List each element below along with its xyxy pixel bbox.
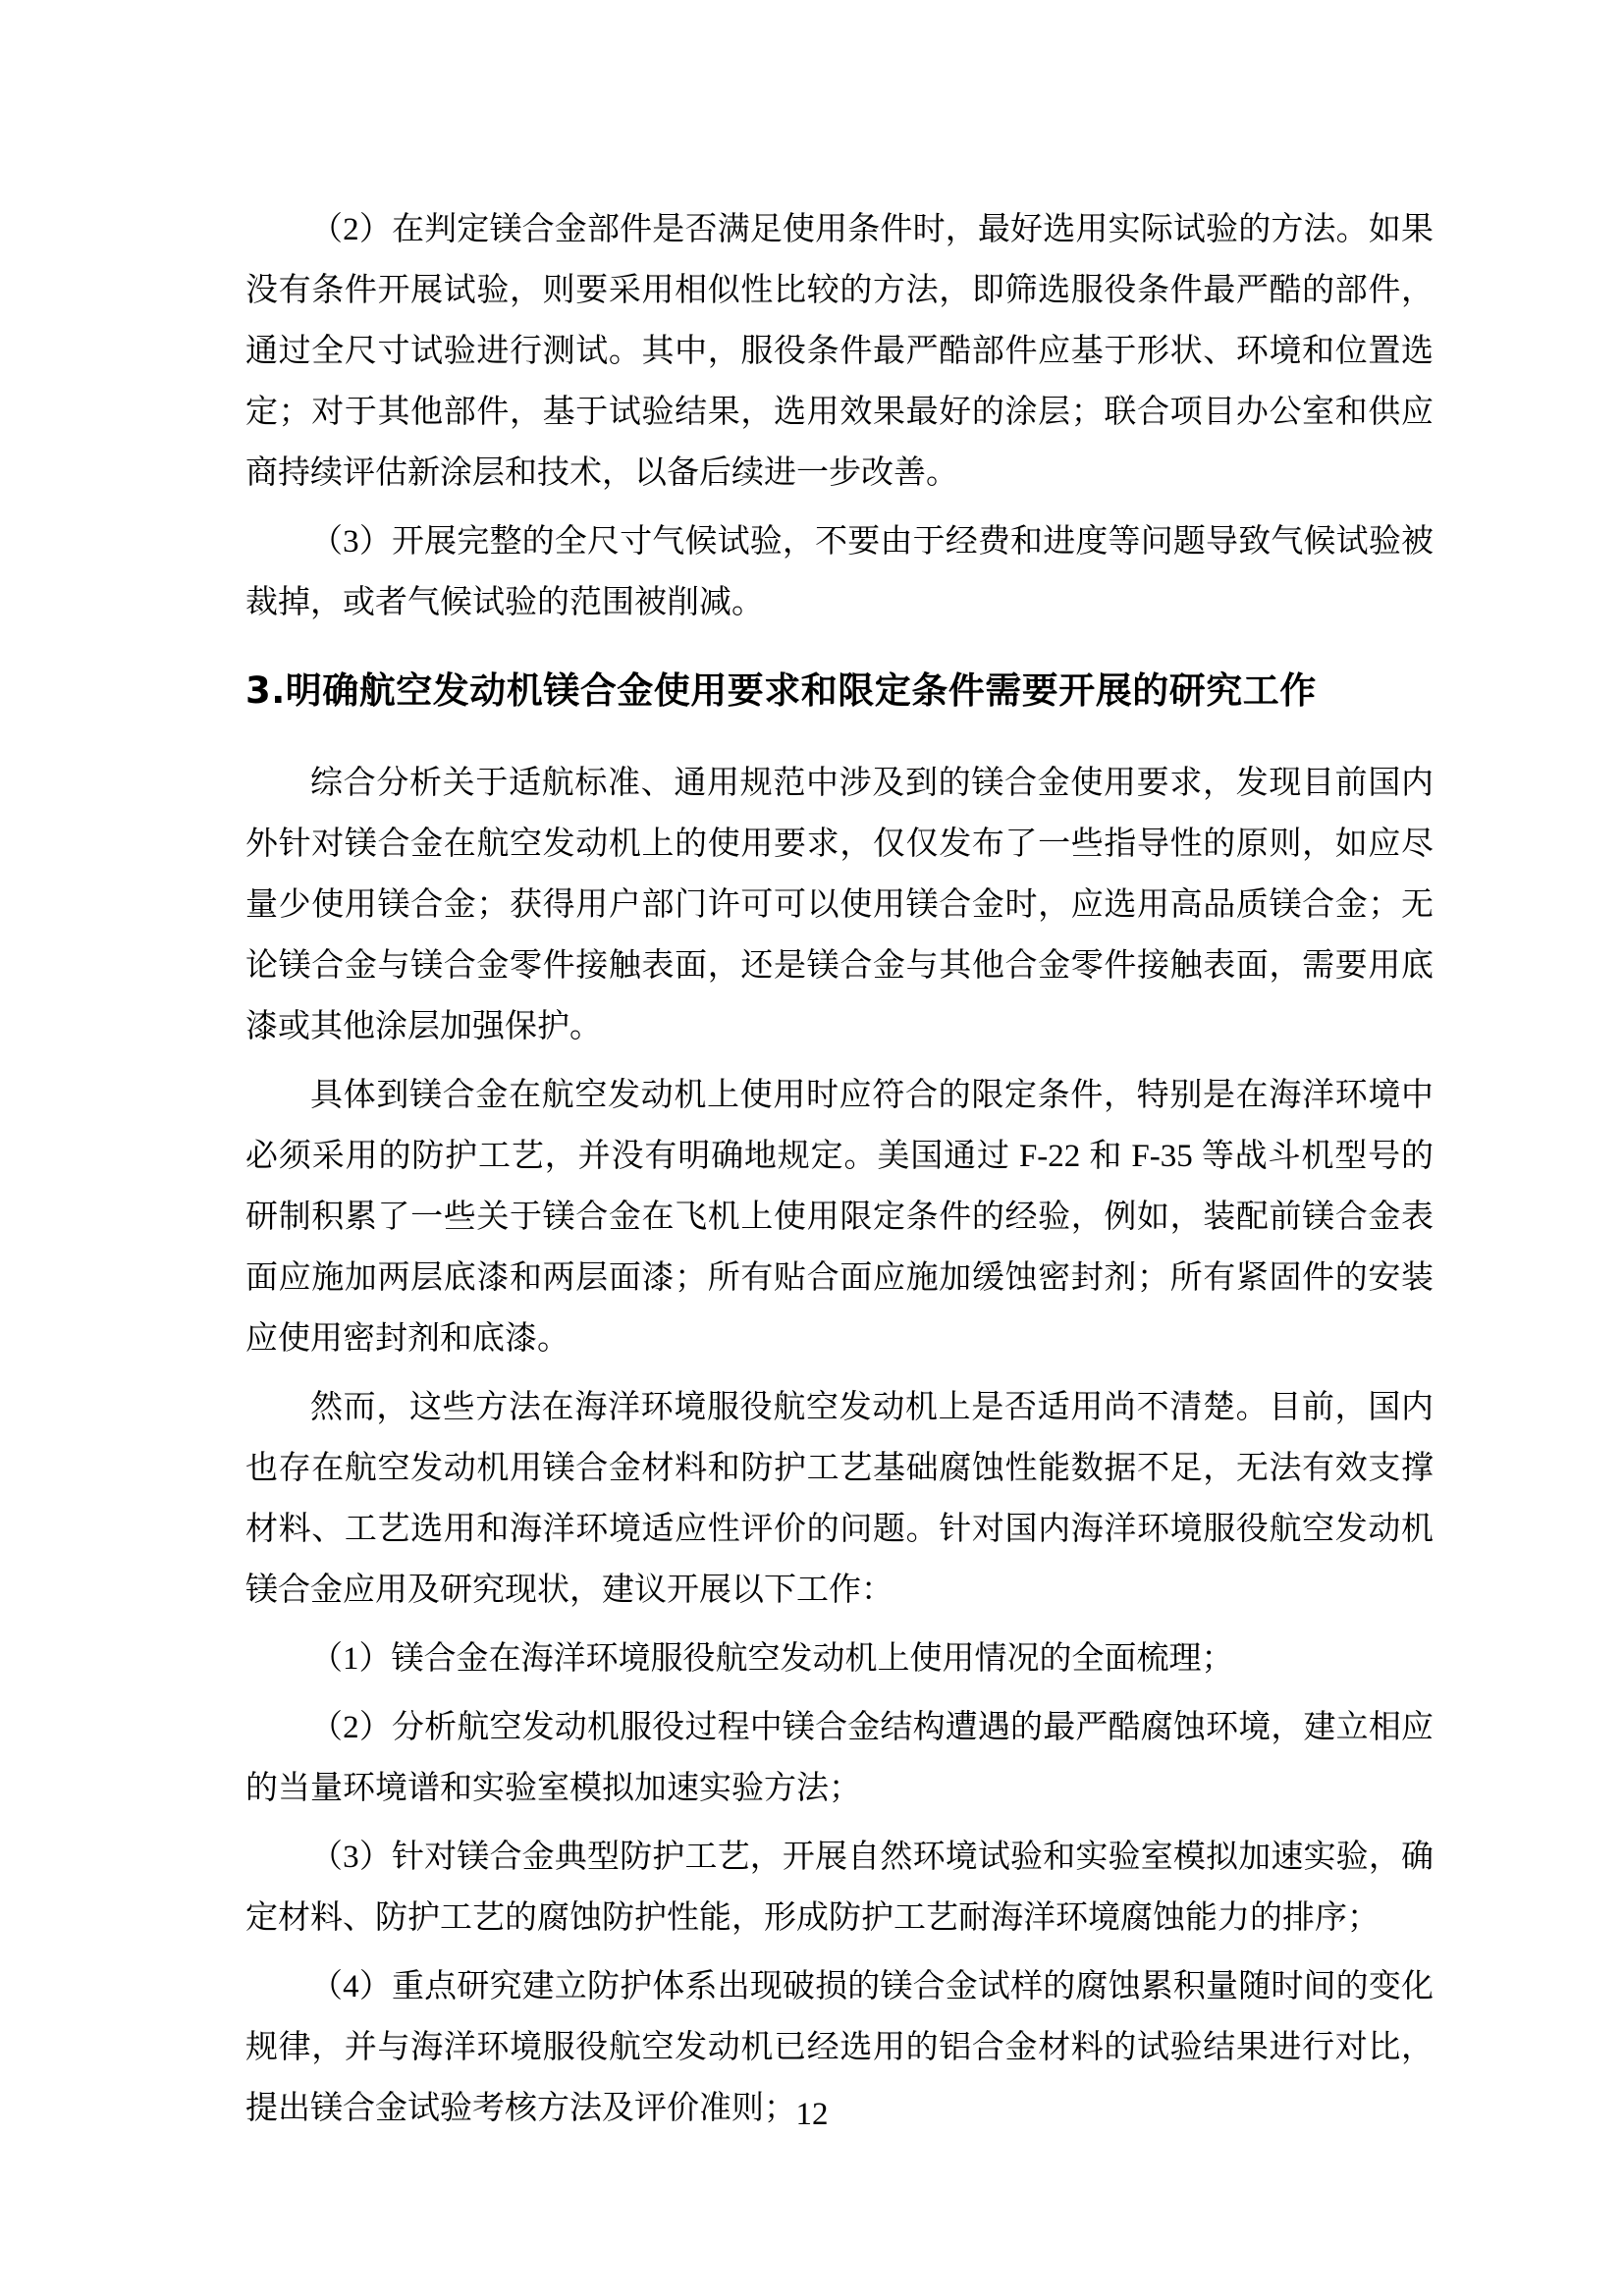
paragraph-domestic-status: 然而，这些方法在海洋环境服役航空发动机上是否适用尚不清楚。目前，国内也存在航空发… xyxy=(245,1377,1434,1621)
paragraph-item-2-judgment: （2）在判定镁合金部件是否满足使用条件时，最好选用实际试验的方法。如果没有条件开… xyxy=(245,199,1434,504)
paragraph-airworthiness-analysis: 综合分析关于适航标准、通用规范中涉及到的镁合金使用要求，发现目前国内外针对镁合金… xyxy=(245,753,1434,1057)
document-body: （2）在判定镁合金部件是否满足使用条件时，最好选用实际试验的方法。如果没有条件开… xyxy=(245,199,1434,2147)
page-number: 12 xyxy=(0,2097,1624,2132)
section-heading: 3.明确航空发动机镁合金使用要求和限定条件需要开展的研究工作 xyxy=(245,668,1434,714)
paragraph-limiting-conditions: 具体到镁合金在航空发动机上使用时应符合的限定条件，特别是在海洋环境中必须采用的防… xyxy=(245,1065,1434,1369)
paragraph-task-2: （2）分析航空发动机服役过程中镁合金结构遭遇的最严酷腐蚀环境，建立相应的当量环境… xyxy=(245,1697,1434,1819)
paragraph-task-1: （1）镁合金在海洋环境服役航空发动机上使用情况的全面梳理； xyxy=(245,1629,1434,1689)
document-page: （2）在判定镁合金部件是否满足使用条件时，最好选用实际试验的方法。如果没有条件开… xyxy=(0,0,1624,2296)
paragraph-task-3: （3）针对镁合金典型防护工艺，开展自然环境试验和实验室模拟加速实验，确定材料、防… xyxy=(245,1827,1434,1949)
paragraph-item-3-climate-test: （3）开展完整的全尺寸气候试验，不要由于经费和进度等问题导致气候试验被裁掉，或者… xyxy=(245,511,1434,633)
